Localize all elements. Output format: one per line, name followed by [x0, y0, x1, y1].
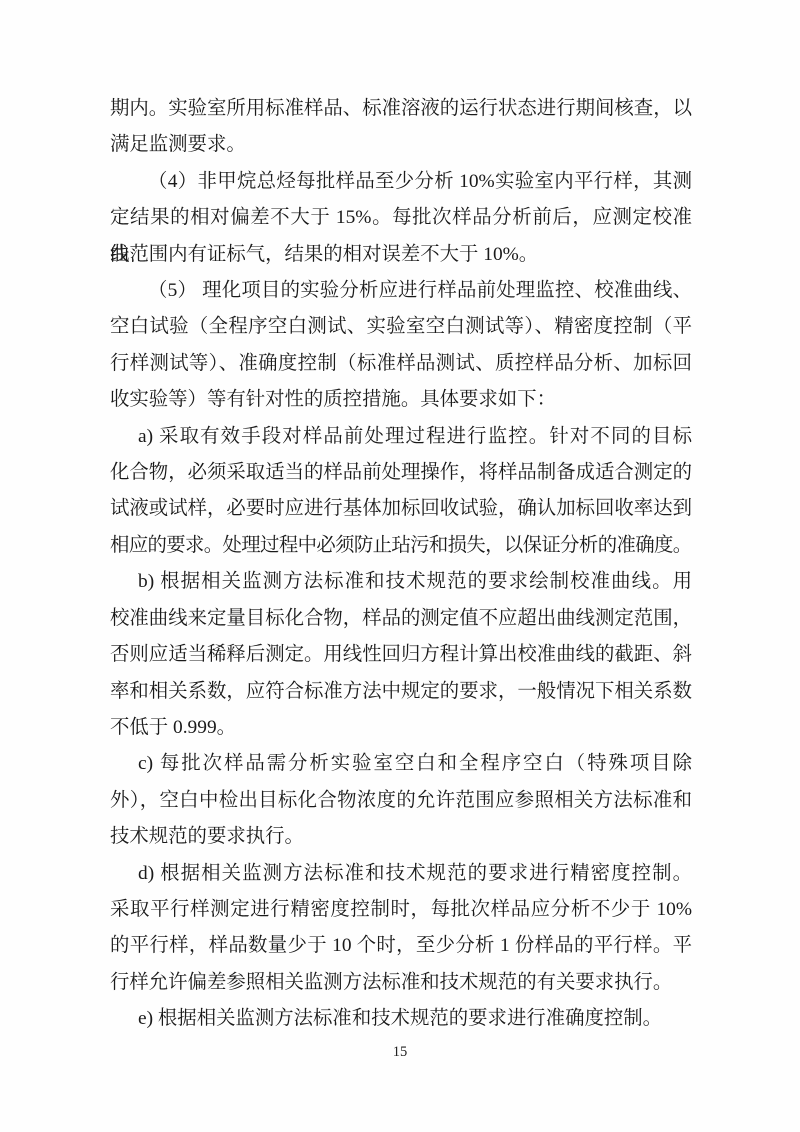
text-line: 否则应适当稀释后测定。用线性回归方程计算出校准曲线的截距、斜: [110, 637, 692, 673]
text-line: 相应的要求。处理过程中必须防止玷污和损失，以保证分析的准确度。: [110, 528, 692, 564]
text-line: a) 采取有效手段对样品前处理过程进行监控。针对不同的目标: [110, 419, 692, 455]
text-line: 校准曲线来定量目标化合物，样品的测定值不应超出曲线测定范围，: [110, 601, 692, 637]
text-line: （5） 理化项目的实验分析应进行样品前处理监控、校准曲线、: [110, 273, 692, 309]
paragraph: 期内。实验室所用标准样品、标准溶液的运行状态进行期间核查，以满足监测要求。: [110, 91, 692, 164]
paragraph: （5） 理化项目的实验分析应进行样品前处理监控、校准曲线、空白试验（全程序空白测…: [110, 273, 692, 419]
text-line: （4）非甲烷总烃每批样品至少分析 10%实验室内平行样，其测: [110, 164, 692, 200]
text-line: 试液或试样，必要时应进行基体加标回收试验，确认加标回收率达到: [110, 491, 692, 527]
text-line: 采取平行样测定进行精密度控制时，每批次样品应分析不少于 10%: [110, 892, 692, 928]
text-line: 收实验等）等有针对性的质控措施。具体要求如下：: [110, 382, 692, 418]
paragraph: d) 根据相关监测方法标准和技术规范的要求进行精密度控制。采取平行样测定进行精密…: [110, 856, 692, 1002]
paragraph: （4）非甲烷总烃每批样品至少分析 10%实验室内平行样，其测定结果的相对偏差不大…: [110, 164, 692, 273]
text-line: d) 根据相关监测方法标准和技术规范的要求进行精密度控制。: [110, 856, 692, 892]
text-line: 的平行样，样品数量少于 10 个时，至少分析 1 份样品的平行样。平: [110, 928, 692, 964]
page-footer: 15: [0, 1044, 800, 1061]
text-line: b) 根据相关监测方法标准和技术规范的要求绘制校准曲线。用: [110, 564, 692, 600]
text-line: 行样允许偏差参照相关监测方法标准和技术规范的有关要求执行。: [110, 965, 692, 1001]
text-line: 技术规范的要求执行。: [110, 819, 692, 855]
paragraph: e) 根据相关监测方法标准和技术规范的要求进行准确度控制。: [110, 1001, 692, 1037]
paragraph: b) 根据相关监测方法标准和技术规范的要求绘制校准曲线。用校准曲线来定量目标化合…: [110, 564, 692, 746]
paragraph: c) 每批次样品需分析实验室空白和全程序空白（特殊项目除外），空白中检出目标化合…: [110, 746, 692, 855]
text-line: 满足监测要求。: [110, 127, 692, 163]
text-line: 线范围内有证标气，结果的相对误差不大于 10%。: [110, 237, 692, 273]
text-line: 空白试验（全程序空白测试、实验室空白测试等）、精密度控制（平: [110, 309, 692, 345]
text-line: 不低于 0.999。: [110, 710, 692, 746]
text-line: c) 每批次样品需分析实验室空白和全程序空白（特殊项目除: [110, 746, 692, 782]
document-body: 期内。实验室所用标准样品、标准溶液的运行状态进行期间核查，以满足监测要求。（4）…: [110, 91, 692, 1038]
text-line: 期内。实验室所用标准样品、标准溶液的运行状态进行期间核查，以: [110, 91, 692, 127]
text-line: 外），空白中检出目标化合物浓度的允许范围应参照相关方法标准和: [110, 783, 692, 819]
paragraph: a) 采取有效手段对样品前处理过程进行监控。针对不同的目标化合物，必须采取适当的…: [110, 419, 692, 565]
text-line: e) 根据相关监测方法标准和技术规范的要求进行准确度控制。: [110, 1001, 692, 1037]
text-line: 行样测试等）、准确度控制（标准样品测试、质控样品分析、加标回: [110, 346, 692, 382]
text-line: 化合物，必须采取适当的样品前处理操作，将样品制备成适合测定的: [110, 455, 692, 491]
document-page: 期内。实验室所用标准样品、标准溶液的运行状态进行期间核查，以满足监测要求。（4）…: [0, 0, 800, 1132]
text-line: 定结果的相对偏差不大于 15%。每批次样品分析前后，应测定校准曲: [110, 200, 692, 236]
text-line: 率和相关系数，应符合标准方法中规定的要求，一般情况下相关系数: [110, 674, 692, 710]
page-number: 15: [393, 1044, 408, 1060]
